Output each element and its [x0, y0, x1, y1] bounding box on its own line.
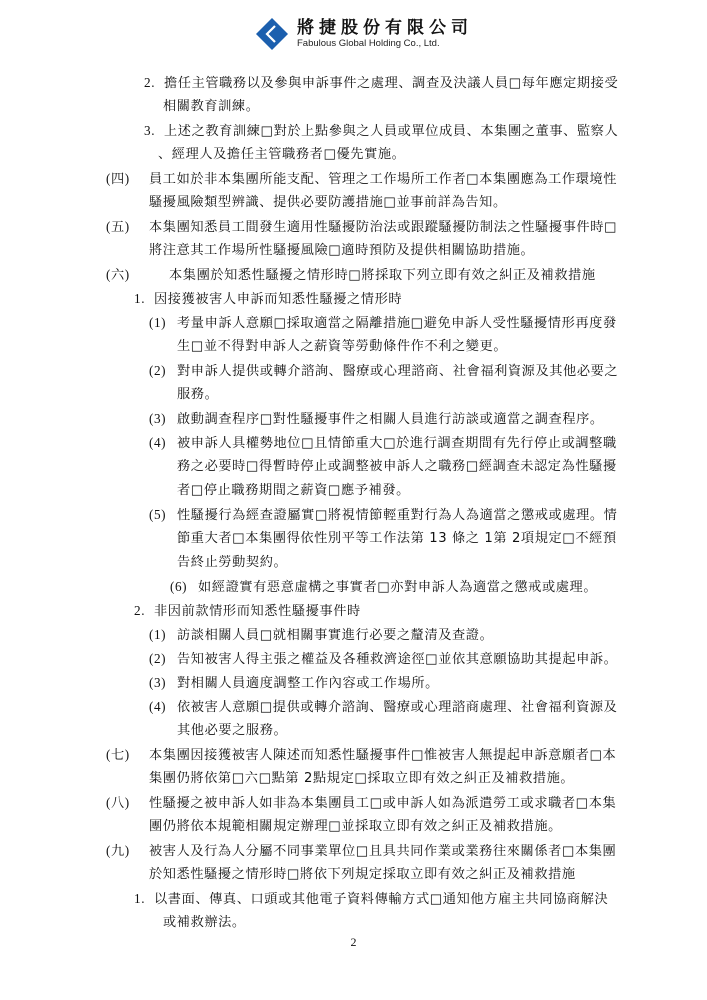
item-text: 非因前款情形而知悉性騷擾事件時: [154, 604, 361, 619]
item-marker: (四): [106, 168, 149, 190]
item-text: 因接獲被害人申訴而知悉性騷擾之情形時: [154, 292, 402, 307]
list-item: (3)啟動調查程序□對性騷擾事件之相關人員進行訪談或適當之調查程序。: [149, 408, 604, 431]
list-item: (4)依被害人意願□提供或轉介諮詢、醫療或心理諮商處理、社會福利資源及: [149, 696, 617, 719]
item-marker: (八): [106, 792, 149, 814]
list-item: (七)本集團因接獲被害人陳述而知悉性騷擾事件□惟被害人無提起申訴意願者□本: [106, 744, 616, 767]
item-marker: 3.: [144, 120, 164, 142]
item-marker: (1): [149, 624, 177, 646]
list-item-continuation: 騷擾風險類型辨識、提供必要防護措施□並事前詳為告知。: [149, 192, 507, 214]
item-text: 性騷擾之被申訴人如非為本集團員工□或申訴人如為派遣勞工或求職者□本集: [149, 796, 616, 811]
list-item: (五)本集團知悉員工間發生適用性騷擾防治法或跟蹤騷擾防制法之性騷擾事件時□: [106, 216, 617, 239]
list-item-continuation: 於知悉性騷擾之情形時□將依下列規定採取立即有效之糾正及補救措施: [149, 864, 576, 886]
list-item: (九)被害人及行為人分屬不同事業單位□且具共同作業或業務往來關係者□本集團: [106, 840, 616, 863]
list-item: 2.擔任主管職務以及參與申訴事件之處理、調查及決議人員□每年應定期接受: [144, 72, 618, 95]
item-marker: (3): [149, 672, 177, 694]
item-marker: 2.: [134, 600, 154, 622]
item-marker: (4): [149, 432, 177, 454]
item-text: 以書面、傳真、口頭或其他電子資料傳輸方式□通知他方雇主共同協商解決: [154, 892, 608, 907]
list-item: (八)性騷擾之被申訴人如非為本集團員工□或申訴人如為派遣勞工或求職者□本集: [106, 792, 616, 815]
item-marker: (九): [106, 840, 149, 862]
letterhead: 將捷股份有限公司 Fabulous Global Holding Co., Lt…: [255, 14, 473, 54]
item-text: 對相關人員適度調整工作內容或工作場所。: [177, 676, 439, 691]
item-marker: 1.: [134, 888, 154, 910]
list-item-continuation: 服務。: [177, 384, 218, 406]
company-name-en: Fabulous Global Holding Co., Ltd.: [297, 38, 473, 50]
item-marker: (1): [149, 312, 177, 334]
item-text: 依被害人意願□提供或轉介諮詢、醫療或心理諮商處理、社會福利資源及: [177, 700, 617, 715]
item-marker: (4): [149, 696, 177, 718]
list-item-continuation: 節重大者□本集團得依性別平等工作法第 13 條之 1第 2項規定□不經預: [177, 528, 617, 550]
list-item: (四)員工如於非本集團所能支配、管理之工作場所工作者□本集團應為工作環境性: [106, 168, 617, 191]
list-item: 3.上述之教育訓練□對於上點參與之人員或單位成員、本集團之董事、監察人: [144, 120, 618, 143]
list-item-continuation: 將注意其工作場所性騷擾風險□適時預防及提供相關協助措施。: [149, 240, 534, 262]
item-text: 性騷擾行為經查證屬實□將視情節輕重對行為人為適當之懲戒或處理。情: [177, 508, 617, 523]
item-text: 本集團於知悉性騷擾之情形時□將採取下列立即有效之糾正及補救措施: [169, 268, 596, 283]
list-item: (1)考量申訴人意願□採取適當之隔離措施□避免申訴人受性騷擾情形再度發: [149, 312, 617, 335]
list-item: 1.以書面、傳真、口頭或其他電子資料傳輸方式□通知他方雇主共同協商解決: [134, 888, 608, 911]
company-name-zh: 將捷股份有限公司: [297, 18, 473, 38]
item-text: 告知被害人得主張之權益及各種救濟途徑□並依其意願協助其提起申訴。: [177, 652, 617, 667]
item-text: 團仍將依本規範相關規定辦理□並採取立即有效之糾正及補救措施。: [149, 819, 562, 834]
item-text: 對申訴人提供或轉介諮詢、醫療或心理諮商、社會福利資源及其他必要之: [177, 364, 618, 379]
list-item: 1.因接獲被害人申訴而知悉性騷擾之情形時: [134, 288, 402, 311]
item-text: 將注意其工作場所性騷擾風險□適時預防及提供相關協助措施。: [149, 243, 534, 258]
item-marker: 1.: [134, 288, 154, 310]
page-number: 2: [0, 935, 707, 950]
item-text: 本集團因接獲被害人陳述而知悉性騷擾事件□惟被害人無提起申訴意願者□本: [149, 748, 616, 763]
list-item: (1)訪談相關人員□就相關事實進行必要之釐清及查證。: [149, 624, 493, 647]
list-item-continuation: 團仍將依本規範相關規定辦理□並採取立即有效之糾正及補救措施。: [149, 816, 562, 838]
list-item-continuation: 告終止勞動契約。: [177, 552, 287, 574]
list-item-continuation: 集團仍將依第□六□點第 2點規定□採取立即有效之糾正及補救措施。: [149, 768, 574, 790]
item-text: 考量申訴人意願□採取適當之隔離措施□避免申訴人受性騷擾情形再度發: [177, 316, 617, 331]
item-text: 或補救辦法。: [163, 915, 246, 930]
list-item: 2.非因前款情形而知悉性騷擾事件時: [134, 600, 361, 623]
item-text: 員工如於非本集團所能支配、管理之工作場所工作者□本集團應為工作環境性: [149, 172, 617, 187]
list-item: (3)對相關人員適度調整工作內容或工作場所。: [149, 672, 439, 695]
item-marker: (七): [106, 744, 149, 766]
list-item-continuation: 者□停止職務期間之薪資□應予補發。: [177, 480, 410, 502]
item-text: 相關教育訓練。: [163, 99, 260, 114]
item-text: 被害人及行為人分屬不同事業單位□且具共同作業或業務往來關係者□本集團: [149, 844, 616, 859]
item-text: 者□停止職務期間之薪資□應予補發。: [177, 483, 410, 498]
item-text: 節重大者□本集團得依性別平等工作法第 13 條之 1第 2項規定□不經預: [177, 531, 617, 546]
item-text: 務之必要時□得暫時停止或調整被申訴人之職務□經調查未認定為性騷擾: [177, 459, 617, 474]
item-text: 集團仍將依第□六□點第 2點規定□採取立即有效之糾正及補救措施。: [149, 771, 574, 786]
item-text: 告終止勞動契約。: [177, 555, 287, 570]
list-item: (六)本集團於知悉性騷擾之情形時□將採取下列立即有效之糾正及補救措施: [106, 264, 596, 287]
item-text: 擔任主管職務以及參與申訴事件之處理、調查及決議人員□每年應定期接受: [164, 76, 618, 91]
item-marker: 2.: [144, 72, 164, 94]
company-logo-icon: [255, 17, 289, 51]
list-item-continuation: 務之必要時□得暫時停止或調整被申訴人之職務□經調查未認定為性騷擾: [177, 456, 617, 478]
item-marker: (2): [149, 360, 177, 382]
list-item: (6)如經證實有惡意虛構之事實者□亦對申訴人為適當之懲戒或處理。: [170, 576, 597, 599]
list-item: (5)性騷擾行為經查證屬實□將視情節輕重對行為人為適當之懲戒或處理。情: [149, 504, 617, 527]
list-item-continuation: 相關教育訓練。: [163, 96, 260, 118]
list-item: (2)告知被害人得主張之權益及各種救濟途徑□並依其意願協助其提起申訴。: [149, 648, 617, 671]
item-text: 訪談相關人員□就相關事實進行必要之釐清及查證。: [177, 628, 493, 643]
item-text: 騷擾風險類型辨識、提供必要防護措施□並事前詳為告知。: [149, 195, 507, 210]
item-marker: (3): [149, 408, 177, 430]
item-text: 如經證實有惡意虛構之事實者□亦對申訴人為適當之懲戒或處理。: [198, 580, 597, 595]
item-text: 生□並不得對申訴人之薪資等勞動條件作不利之變更。: [177, 339, 507, 354]
list-item-continuation: 、經理人及擔任主管職務者□優先實施。: [158, 144, 405, 166]
item-marker: (5): [149, 504, 177, 526]
item-text: 上述之教育訓練□對於上點參與之人員或單位成員、本集團之董事、監察人: [164, 124, 618, 139]
list-item-continuation: 其他必要之服務。: [177, 720, 287, 742]
item-marker: (六): [106, 264, 169, 286]
item-text: 服務。: [177, 387, 218, 402]
item-marker: (6): [170, 576, 198, 598]
item-text: 本集團知悉員工間發生適用性騷擾防治法或跟蹤騷擾防制法之性騷擾事件時□: [149, 220, 617, 235]
item-text: 其他必要之服務。: [177, 723, 287, 738]
item-marker: (五): [106, 216, 149, 238]
item-text: 被申訴人具權勢地位□且情節重大□於進行調查期間有先行停止或調整職: [177, 436, 617, 451]
item-marker: (2): [149, 648, 177, 670]
list-item: (4)被申訴人具權勢地位□且情節重大□於進行調查期間有先行停止或調整職: [149, 432, 617, 455]
list-item-continuation: 生□並不得對申訴人之薪資等勞動條件作不利之變更。: [177, 336, 507, 358]
list-item-continuation: 或補救辦法。: [163, 912, 246, 934]
list-item: (2)對申訴人提供或轉介諮詢、醫療或心理諮商、社會福利資源及其他必要之: [149, 360, 618, 383]
item-text: 、經理人及擔任主管職務者□優先實施。: [158, 147, 405, 162]
item-text: 於知悉性騷擾之情形時□將依下列規定採取立即有效之糾正及補救措施: [149, 867, 576, 882]
item-text: 啟動調查程序□對性騷擾事件之相關人員進行訪談或適當之調查程序。: [177, 412, 604, 427]
